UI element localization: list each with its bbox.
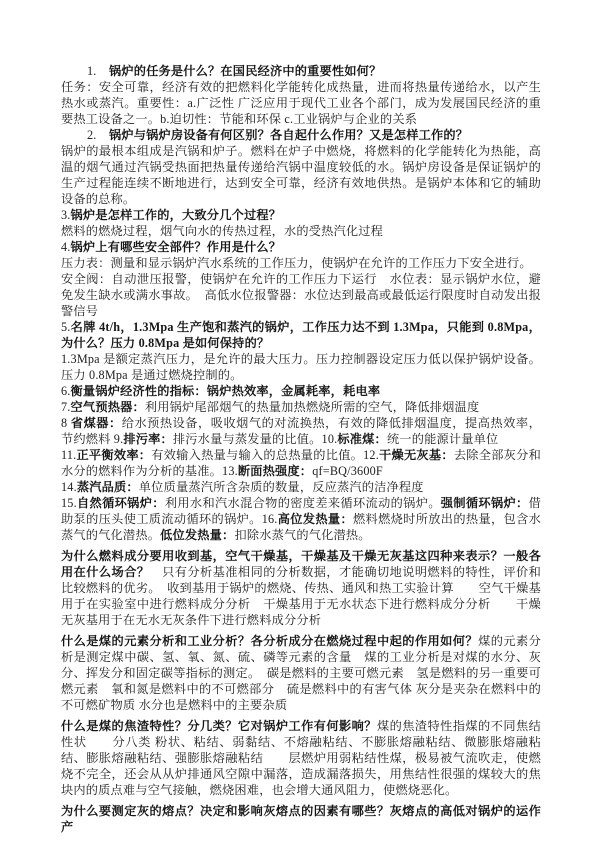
paragraph: 4.锅炉上有哪些安全部件？作用是什么？ — [61, 239, 541, 255]
text-run: 排污水量与蒸发量的比值。10. — [173, 432, 337, 446]
text-run: 5. — [61, 320, 71, 334]
bold-text-run: 强制循环锅炉： — [441, 496, 529, 510]
bold-text-run: 什么是煤的元素分析和工业分析？各分析成分在燃烧过程中起的作用如何？ — [61, 634, 478, 648]
paragraph: 安全阀：自动泄压报警，使锅炉在允许的工作压力下运行 水位表：显示锅炉水位，避免发… — [61, 271, 541, 319]
bold-text-run: 高位发热量： — [278, 512, 353, 526]
paragraph: 为什么要测定灰的熔点？决定和影响灰熔点的因素有哪些？灰熔点的高低对锅炉的运作产 — [61, 803, 541, 835]
bold-text-run: 衡量锅炉经济性的指标：锅炉热效率，金属耗率，耗电率 — [71, 384, 381, 398]
bold-text-run: 低位发热量： — [160, 528, 234, 542]
text-run: 有效输入热量与输入的总热量的比值。12. — [151, 448, 379, 462]
text-run: 利用水和汽水混合物的密度差来循环流动的锅炉。 — [165, 496, 441, 510]
text-run: 4. — [61, 240, 71, 254]
bold-text-run: 干燥无灰基： — [379, 448, 454, 462]
bold-text-run: 自然循环锅炉： — [77, 496, 165, 510]
bold-text-run: 空气预热器： — [71, 400, 145, 414]
paragraph: 燃料的燃烧过程，烟气向水的传热过程，水的受热汽化过程 — [61, 223, 541, 239]
text-run: 燃料的燃烧过程，烟气向水的传热过程，水的受热汽化过程 — [61, 224, 383, 238]
text-run: 统一的能源计量单位 — [387, 432, 499, 446]
paragraph: 什么是煤的焦渣特性？分几类？它对锅炉工作有何影响？煤的焦渣特性指煤的不同焦结性状… — [61, 718, 541, 798]
paragraph: 1. 锅炉的任务是什么？在国民经济中的重要性如何？ — [61, 63, 541, 79]
bold-text-run: 为什么要测定灰的熔点？决定和影响灰熔点的因素有哪些？灰熔点的高低对锅炉的运作产 — [61, 804, 541, 834]
text-run: 6. — [61, 384, 71, 398]
paragraph: 1.3Mpa 是额定蒸汽压力，是允许的最大压力。压力控制器设定压力低以保护锅炉设… — [61, 351, 541, 383]
bold-text-run: 省煤器： — [71, 416, 122, 430]
document-body: 1. 锅炉的任务是什么？在国民经济中的重要性如何？任务：安全可靠，经济有效的把燃… — [61, 63, 541, 835]
text-run: 8 — [61, 416, 71, 430]
paragraph: 6.衡量锅炉经济性的指标：锅炉热效率，金属耗率，耗电率 — [61, 383, 541, 399]
paragraph: 5.名牌 4t/h，1.3Mpa 生产饱和蒸汽的锅炉，工作压力达不到 1.3Mp… — [61, 319, 541, 351]
text-run: 锅炉的最根本组成是汽锅和炉子。燃料在炉子中燃烧，将燃料的化学能转化为热能，高温的… — [61, 144, 541, 206]
bold-text-run: 排污率： — [123, 432, 173, 446]
paragraph: 11.正平衡效率：有效输入热量与输入的总热量的比值。12.干燥无灰基：去除全部灰… — [61, 447, 541, 479]
paragraph: 14.蒸汽品质：单位质量蒸汽所含杂质的数量，反应蒸汽的洁净程度 — [61, 479, 541, 495]
bold-text-run: 锅炉是怎样工作的，大致分几个过程？ — [71, 208, 282, 222]
bold-text-run: 名牌 4t/h，1.3Mpa 生产饱和蒸汽的锅炉，工作压力达不到 1.3Mpa，… — [61, 320, 541, 350]
bold-text-run: 标准煤： — [337, 432, 387, 446]
text-run: 安全阀：自动泄压报警，使锅炉在允许的工作压力下运行 水位表：显示锅炉水位，避免发… — [61, 272, 541, 318]
text-run: 单位质量蒸汽所含杂质的数量，反应蒸汽的洁净程度 — [139, 480, 424, 494]
text-run: 利用锅炉尾部烟气的热量加热燃烧所需的空气，降低排烟温度 — [145, 400, 479, 414]
text-run: 任务：安全可靠，经济有效的把燃料化学能转化成热量，进而将热量传递给水，以产生热水… — [61, 80, 541, 126]
bold-text-run: 锅炉上有哪些安全部件？作用是什么？ — [71, 240, 282, 254]
text-run: qf=BQ/3600F — [312, 464, 383, 478]
text-run: 2. — [87, 128, 109, 142]
bold-text-run: 蒸汽品质： — [77, 480, 139, 494]
document-page: 1. 锅炉的任务是什么？在国民经济中的重要性如何？任务：安全可靠，经济有效的把燃… — [0, 0, 600, 849]
bold-text-run: 断面热强度： — [238, 464, 312, 478]
bold-text-run: 锅炉的任务是什么？在国民经济中的重要性如何？ — [109, 64, 382, 78]
bold-text-run: 什么是煤的焦渣特性？分几类？它对锅炉工作有何影响？ — [61, 719, 377, 733]
paragraph: 压力表：测量和显示锅炉汽水系统的工作压力，使锅炉在允许的工作压力下安全进行。 — [61, 255, 541, 271]
paragraph: 什么是煤的元素分析和工业分析？各分析成分在燃烧过程中起的作用如何？煤的元素分析是… — [61, 633, 541, 713]
bold-text-run: 锅炉与锅炉房设备有何区别？各自起什么作用？又是怎样工作的？ — [109, 128, 468, 142]
paragraph: 8 省煤器：给水预热设备，吸收烟气的对流换热，有效的降低排烟温度，提高热效率，节… — [61, 415, 541, 447]
text-run: 11. — [61, 448, 76, 462]
text-run: 14. — [61, 480, 77, 494]
paragraph: 锅炉的最根本组成是汽锅和炉子。燃料在炉子中燃烧，将燃料的化学能转化为热能，高温的… — [61, 143, 541, 207]
text-run: 1.3Mpa 是额定蒸汽压力，是允许的最大压力。压力控制器设定压力低以保护锅炉设… — [61, 352, 541, 382]
paragraph: 2. 锅炉与锅炉房设备有何区别？各自起什么作用？又是怎样工作的？ — [61, 127, 541, 143]
text-run: 15. — [61, 496, 77, 510]
text-run: 扣除水蒸气的气化潜热。 — [234, 528, 370, 542]
text-run: 3. — [61, 208, 71, 222]
bold-text-run: 正平衡效率： — [76, 448, 151, 462]
paragraph: 任务：安全可靠，经济有效的把燃料化学能转化成热量，进而将热量传递给水，以产生热水… — [61, 79, 541, 127]
paragraph: 为什么燃料成分要用收到基，空气干燥基，干燥基及干燥无灰基这四种来表示？一般各用在… — [61, 548, 541, 628]
paragraph: 7.空气预热器：利用锅炉尾部烟气的热量加热燃烧所需的空气，降低排烟温度 — [61, 399, 541, 415]
text-run: 7. — [61, 400, 71, 414]
paragraph: 15.自然循环锅炉：利用水和汽水混合物的密度差来循环流动的锅炉。强制循环锅炉：借… — [61, 495, 541, 543]
paragraph: 3.锅炉是怎样工作的，大致分几个过程？ — [61, 207, 541, 223]
text-run: 压力表：测量和显示锅炉汽水系统的工作压力，使锅炉在允许的工作压力下安全进行。 — [61, 256, 532, 270]
text-run: 1. — [87, 64, 109, 78]
